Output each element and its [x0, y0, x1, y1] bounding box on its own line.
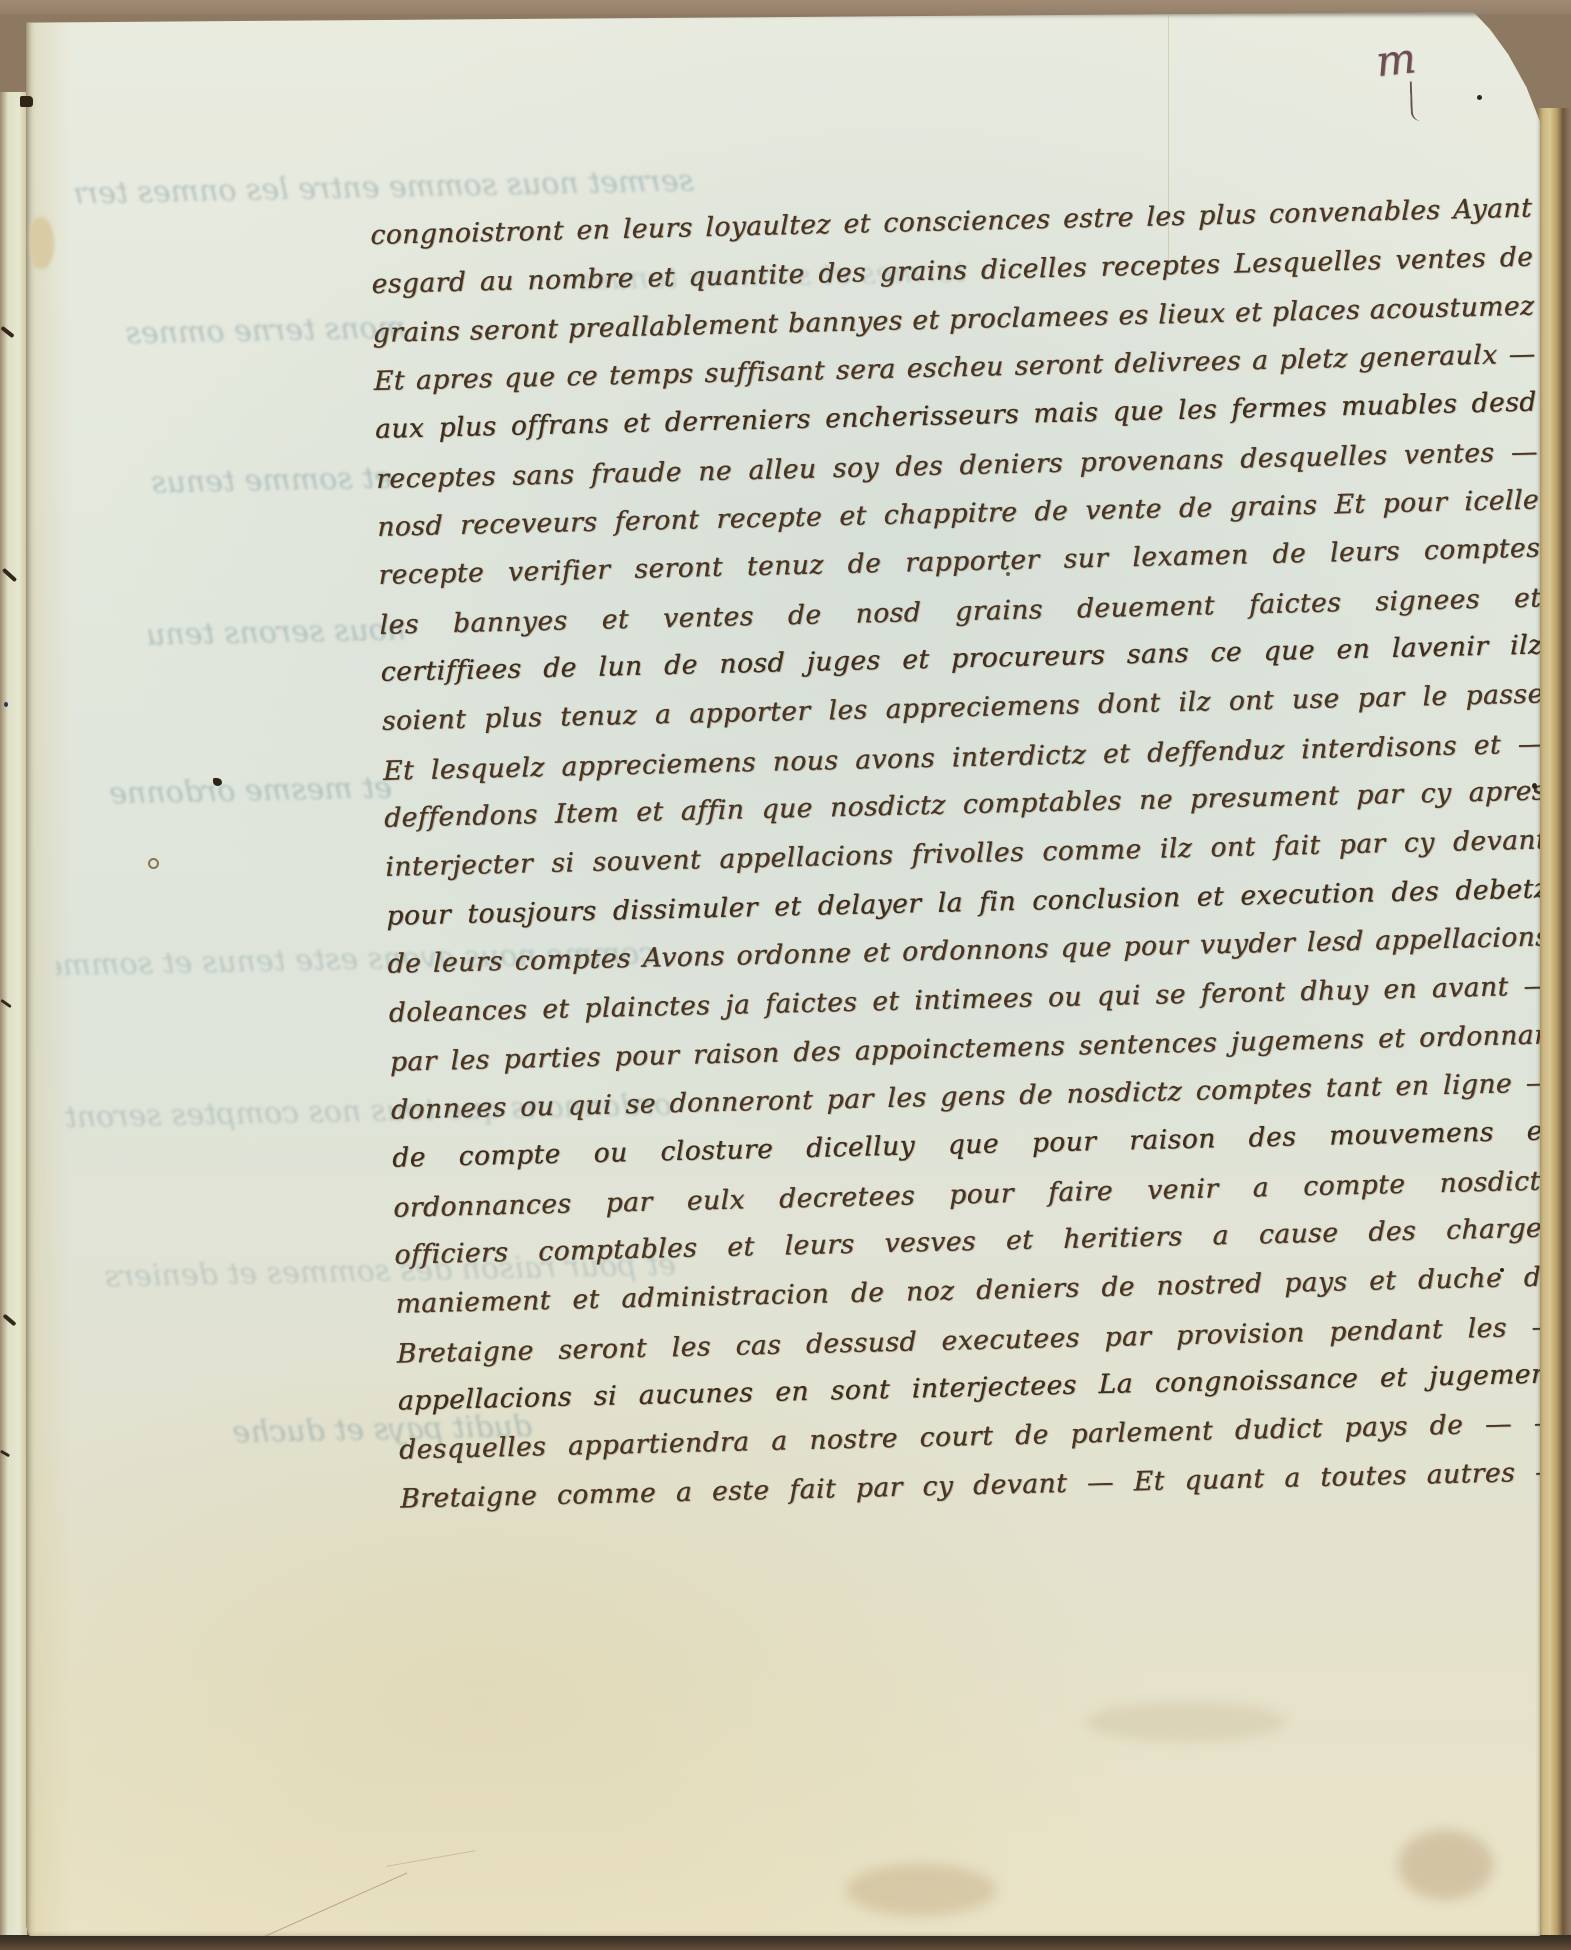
- folio-mark-letter: m: [1373, 33, 1418, 86]
- folio-mark-descender: [1410, 81, 1425, 121]
- folio-mark: m: [1373, 31, 1442, 127]
- paper-crease: [261, 1873, 408, 1939]
- ink-speck: [213, 778, 222, 786]
- underlying-page-edge-left: [0, 92, 27, 1937]
- ink-dot-edge: [4, 702, 8, 707]
- bleedthrough-line: et mesme ordonne: [52, 770, 393, 812]
- paper-crease: [387, 1850, 476, 1867]
- page-edge-chip: [20, 96, 33, 107]
- paper-repair-spot: [30, 217, 54, 269]
- paper-stain: [1398, 1830, 1493, 1900]
- photograph-of-manuscript: { "photo": { "backdrop_color": "#8d7862"…: [0, 0, 1571, 1950]
- paper-stain: [846, 1864, 996, 1916]
- bleedthrough-line: mons terne omnes: [66, 310, 407, 352]
- ink-speck: [148, 858, 159, 869]
- manuscript-page: m sermet nous somme entre les onmes term…: [26, 12, 1540, 1936]
- underlying-page-stack-right: [1537, 108, 1571, 1937]
- bleedthrough-line: nous serons tenu: [56, 612, 407, 654]
- ink-speck: [1532, 783, 1537, 789]
- bleedthrough-line: et somme tenus: [62, 461, 393, 503]
- ink-speck: [1006, 572, 1010, 576]
- manuscript-text-block: congnoistront en leurs loyaultez et cons…: [370, 185, 1563, 1524]
- bleedthrough-line: sermet nous somme entre les onmes terme: [74, 164, 695, 212]
- ink-speck: [1500, 1268, 1504, 1272]
- ink-speck: [1477, 95, 1482, 100]
- book-bottom-shadow: [0, 1935, 1571, 1950]
- paper-stain: [1086, 1702, 1286, 1742]
